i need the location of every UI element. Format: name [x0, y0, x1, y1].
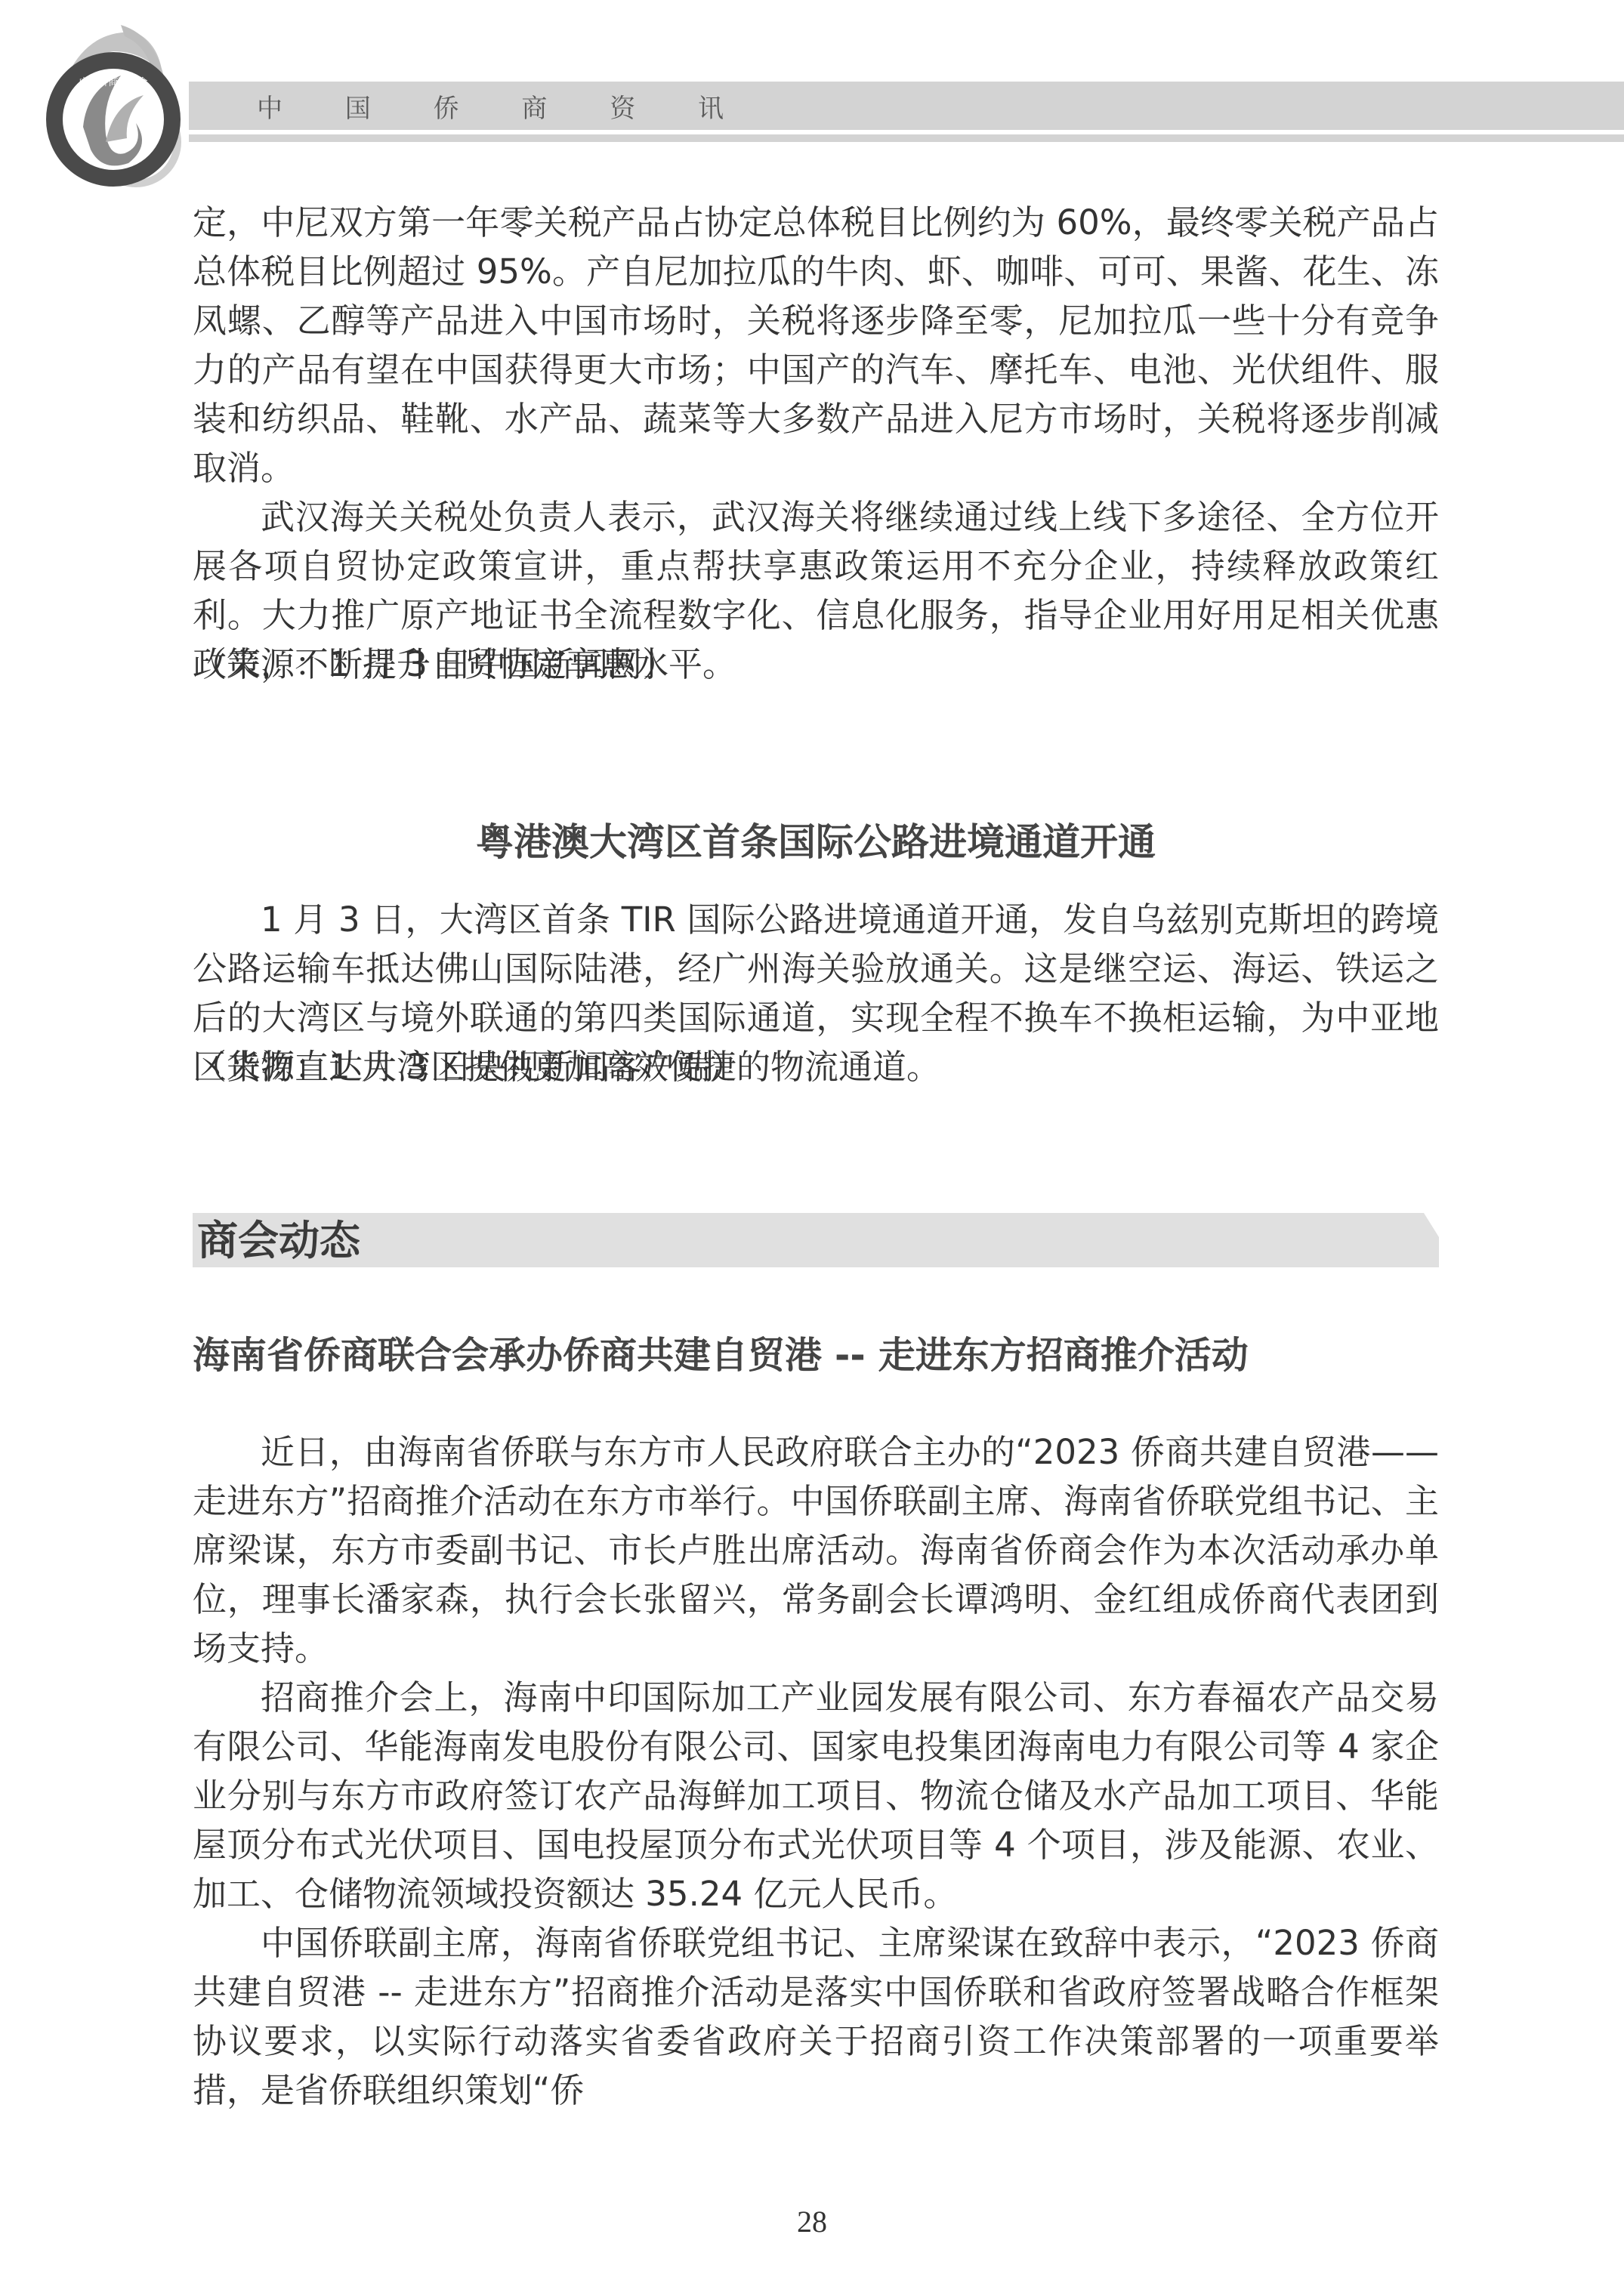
article-3: 海南省侨商联合会承办侨商共建自贸港 -- 走进东方招商推介活动 近日，由海南省侨…: [193, 1329, 1439, 2115]
source-citation: （来源：1 月 3 日中国新闻网）: [193, 640, 1439, 689]
section-title: 商会动态: [197, 1214, 360, 1266]
article-1: 定，中尼双方第一年零关税产品占协定总体税目比例约为 60%，最终零关税产品占总体…: [193, 198, 1439, 689]
page-number: 28: [0, 2204, 1624, 2239]
header-strip: [189, 134, 1624, 142]
article-2: 粤港澳大湾区首条国际公路进境通道开通 1 月 3 日，大湾区首条 TIR 国际公…: [193, 816, 1439, 1091]
publication-title: 中 国 侨 商 资 讯: [257, 85, 751, 126]
article-3-paragraph: 中国侨联副主席，海南省侨联党组书记、主席梁谋在致辞中表示，“2023 侨商共建自…: [193, 1918, 1439, 2115]
section-banner: 商会动态: [193, 1213, 1439, 1267]
article-title: 海南省侨商联合会承办侨商共建自贸港 -- 走进东方招商推介活动: [193, 1329, 1439, 1382]
article-3-paragraph: 招商推介会上，海南中印国际加工产业园发展有限公司、东方春福农产品交易有限公司、华…: [193, 1673, 1439, 1918]
article-1-source: （来源：1 月 3 日中国新闻网）: [193, 640, 1439, 689]
article-title: 粤港澳大湾区首条国际公路进境通道开通: [193, 816, 1439, 869]
article-1-paragraph: 定，中尼双方第一年零关税产品占协定总体税目比例约为 60%，最终零关税产品占总体…: [193, 198, 1439, 492]
organization-logo-icon: 中国侨商联合会: [30, 14, 211, 187]
article-3-paragraph: 近日，由海南省侨联与东方市人民政府联合主办的“2023 侨商共建自贸港——走进东…: [193, 1427, 1439, 1673]
svg-text:中国侨商联合会: 中国侨商联合会: [79, 76, 147, 88]
